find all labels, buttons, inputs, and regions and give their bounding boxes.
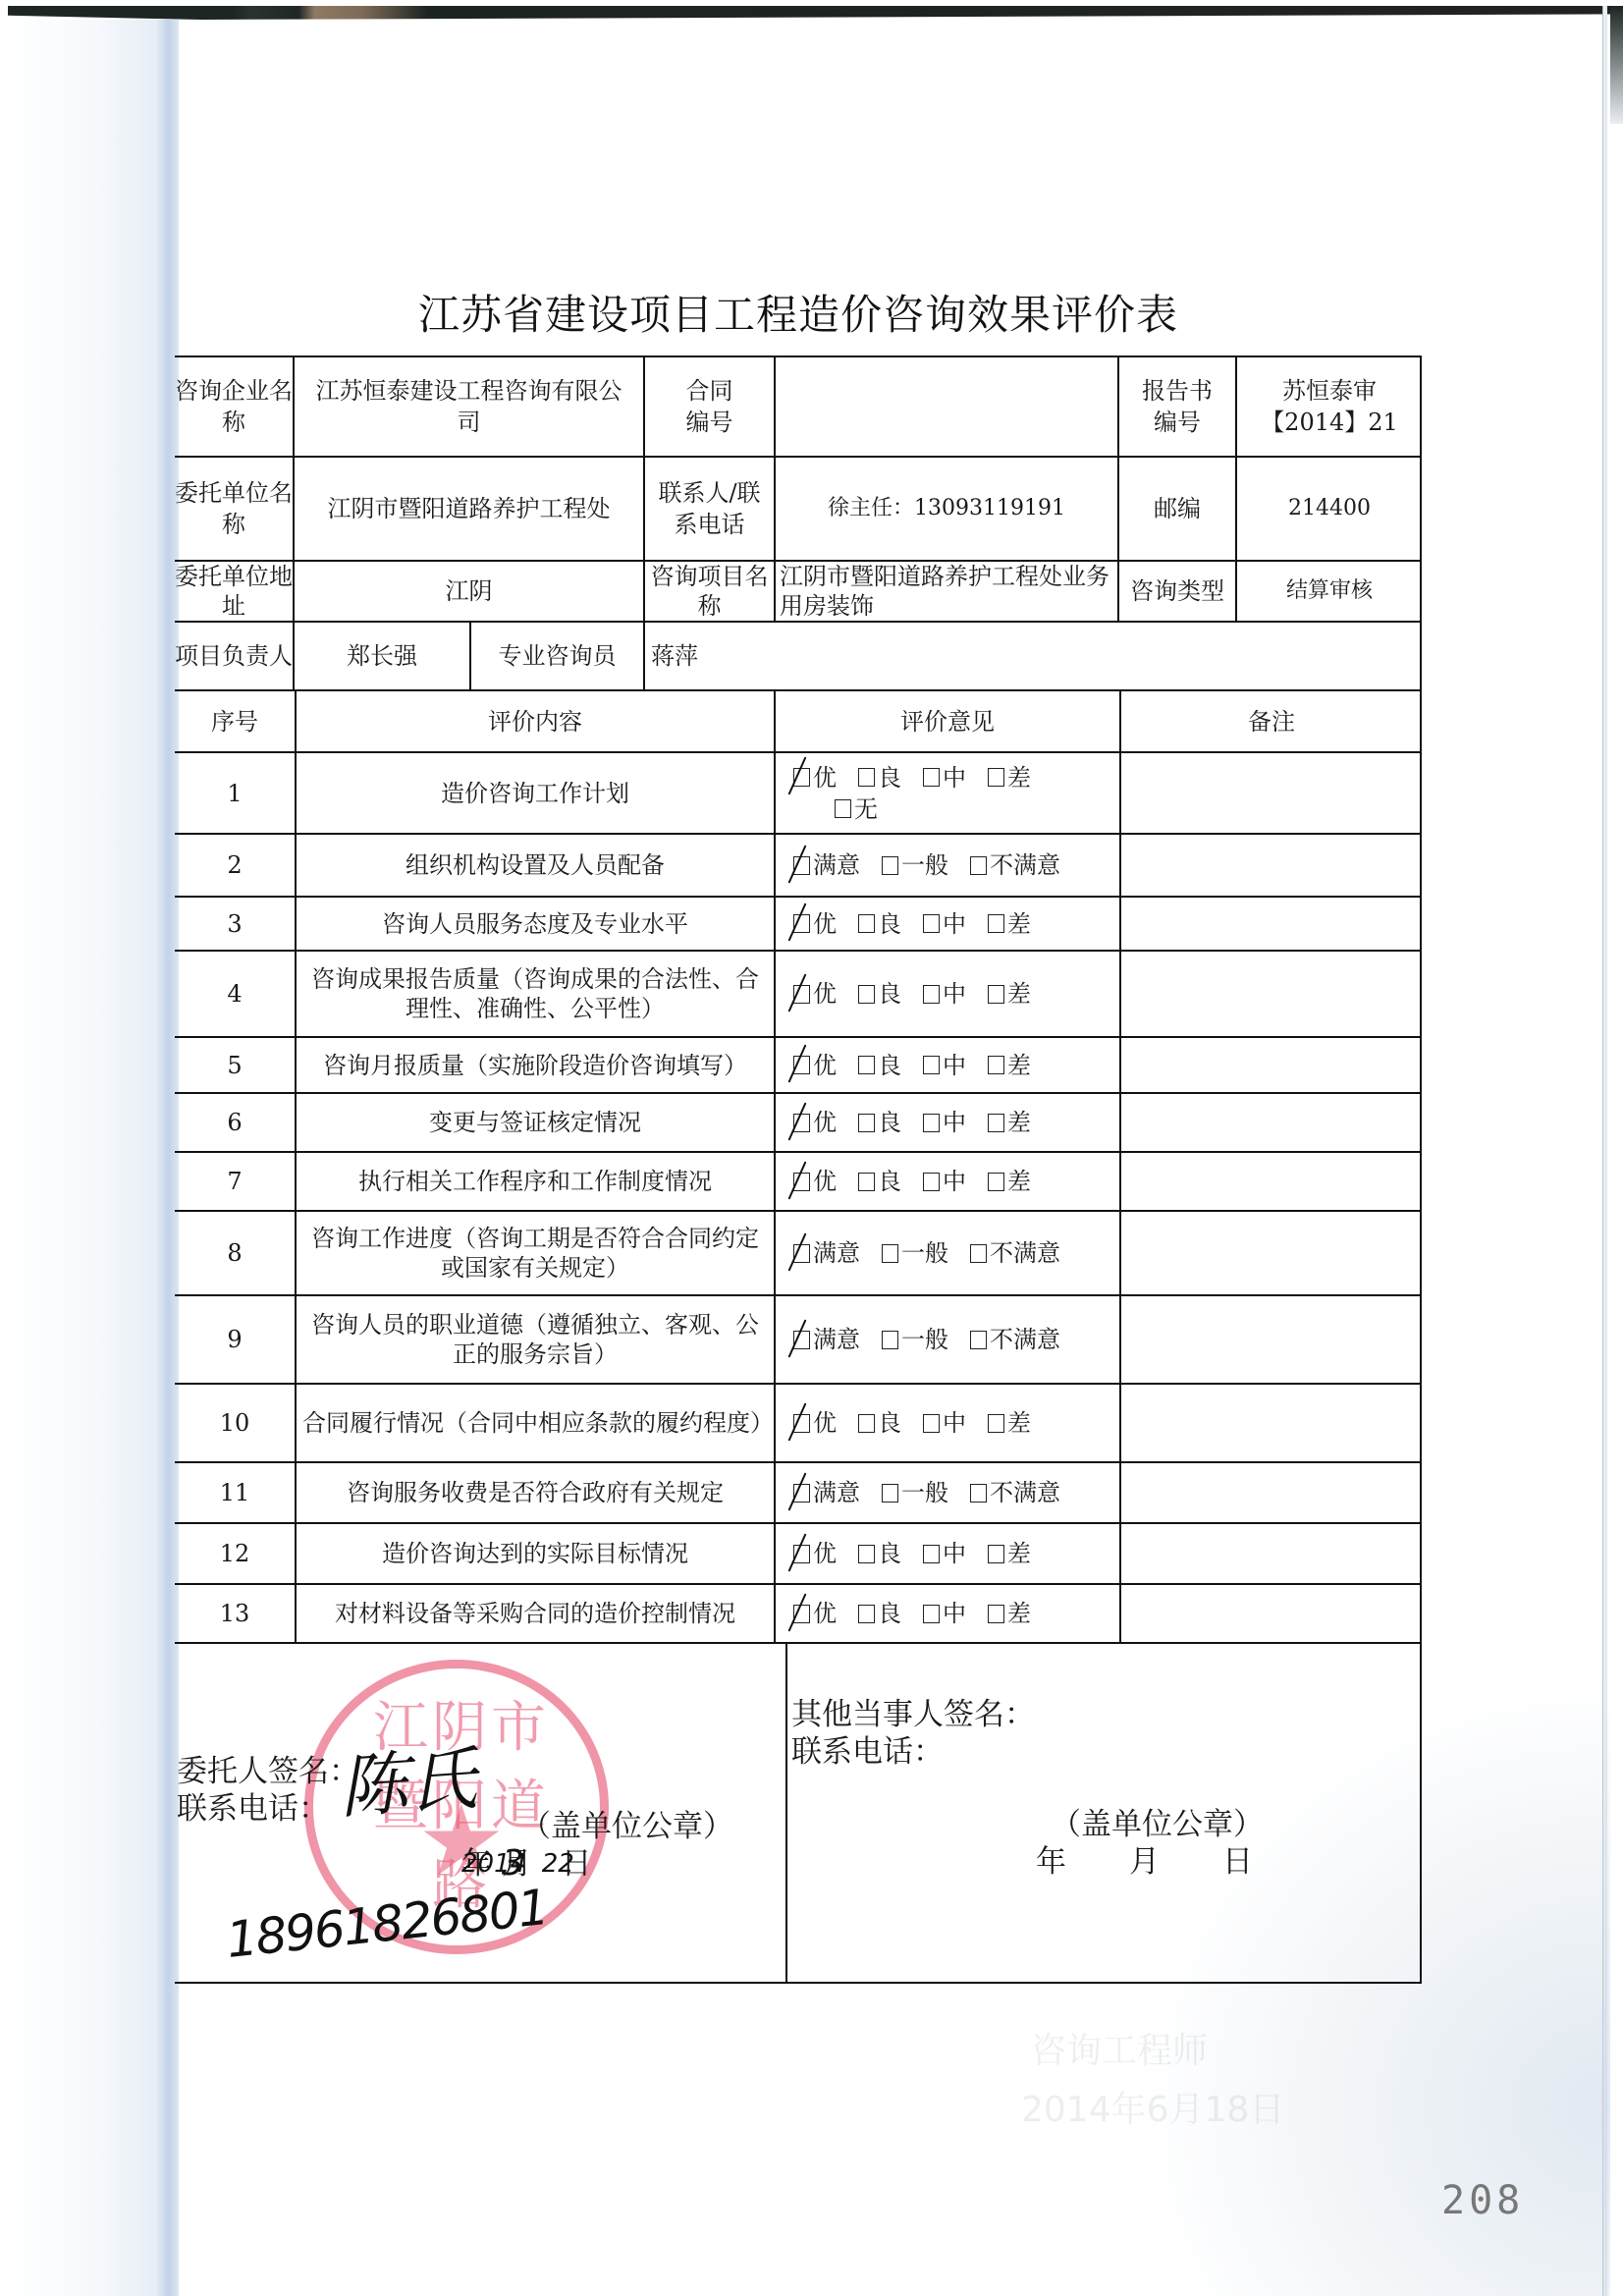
rating-option-label: 一般 (901, 1324, 948, 1355)
rating-option[interactable]: 中 (923, 978, 966, 1010)
rating-option[interactable]: 差 (988, 978, 1031, 1010)
rating-option[interactable]: 满意 (793, 849, 860, 881)
rating-options: 优良中差 (776, 1107, 1031, 1138)
report-no-value: 苏恒泰审【2014】21 (1237, 357, 1422, 456)
rating-option[interactable]: 差 (988, 908, 1031, 940)
consultant-label: 专业咨询员 (471, 623, 643, 689)
client-address-label: 委托单位地址 (175, 562, 293, 621)
rating-options: 优良中差 (776, 1407, 1031, 1439)
rating-option[interactable]: 无 (835, 793, 878, 825)
row-remark (1121, 1038, 1422, 1092)
rating-option-label: 良 (878, 1107, 901, 1138)
rating-option-label: 差 (1007, 1107, 1031, 1138)
rating-option-label: 优 (813, 978, 837, 1010)
rating-option-label: 良 (878, 1050, 901, 1081)
checkbox-icon[interactable] (923, 1414, 940, 1433)
rating-options: 优良中差 (776, 1598, 1031, 1629)
row-opinion: 满意一般不满意 (776, 1296, 1119, 1383)
rating-option[interactable]: 一般 (882, 1477, 948, 1508)
row-opinion: 满意一般不满意 (776, 1212, 1119, 1294)
row-number: 8 (175, 1212, 295, 1294)
client-sign-label: 委托人签名： (177, 1752, 359, 1791)
checkbox-icon[interactable] (858, 1173, 875, 1191)
rating-options: 优良中差 (776, 1050, 1031, 1081)
rating-option[interactable]: 良 (858, 1166, 901, 1197)
checkbox-icon[interactable] (970, 1484, 987, 1503)
rating-option-label: 差 (1007, 1407, 1031, 1439)
rating-option-label: 良 (878, 1538, 901, 1569)
row-number: 5 (175, 1038, 295, 1092)
rating-option-label: 中 (943, 1407, 966, 1439)
binding-margin (0, 20, 173, 2296)
col-header-content: 评价内容 (297, 691, 774, 751)
bleed-through-text: 2014年6月18日 (1021, 2082, 1284, 2132)
rating-option-label: 良 (878, 762, 901, 793)
row-content: 咨询人员的职业道德（遵循独立、客观、公正的服务宗旨） (297, 1296, 774, 1383)
checked-checkbox-icon[interactable] (793, 1056, 810, 1074)
row-content: 咨询月报质量（实施阶段造价咨询填写） (297, 1038, 774, 1092)
other-seal-note: （盖单位公章） (1051, 1805, 1264, 1844)
row-remark (1121, 1296, 1422, 1383)
client-date-month: 3 (502, 1844, 524, 1884)
postcode-value: 214400 (1237, 458, 1422, 560)
checkbox-icon[interactable] (882, 1244, 898, 1263)
rating-options: 优良中差 (776, 1166, 1031, 1197)
rating-option-label: 优 (813, 908, 837, 940)
checked-checkbox-icon[interactable] (793, 1545, 810, 1563)
rating-option[interactable]: 中 (923, 1598, 966, 1629)
checkbox-icon[interactable] (858, 914, 875, 933)
rating-option[interactable]: 差 (988, 762, 1031, 793)
rating-option[interactable]: 优 (793, 908, 837, 940)
report-no-label: 报告书编号 (1119, 357, 1235, 456)
month-label: 月 (1129, 1844, 1160, 1880)
rating-option-label: 差 (1007, 908, 1031, 940)
other-date: 年月日 (1036, 1842, 1253, 1882)
page-right-edge (1602, 6, 1607, 2296)
row-opinion: 优良中差 (776, 1153, 1119, 1210)
rating-option[interactable]: 中 (923, 762, 966, 793)
row-opinion: 优良中差 (776, 952, 1119, 1036)
row-content: 造价咨询达到的实际目标情况 (297, 1524, 774, 1583)
row-number: 1 (175, 753, 295, 833)
rating-option-label: 不满意 (990, 1324, 1060, 1355)
checkbox-icon[interactable] (858, 985, 875, 1004)
checked-checkbox-icon[interactable] (793, 1605, 810, 1623)
rating-option-label: 优 (813, 1050, 837, 1081)
checkbox-icon[interactable] (923, 1056, 940, 1074)
rating-options: 优良中差 (776, 908, 1031, 940)
document-title: 江苏省建设项目工程造价咨询效果评价表 (175, 283, 1422, 342)
checked-checkbox-icon[interactable] (793, 1114, 810, 1132)
project-lead-value: 郑长强 (295, 623, 469, 689)
rating-option-label: 差 (1007, 1166, 1031, 1197)
client-value: 江阴市暨阳道路养护工程处 (295, 458, 643, 560)
col-header-remark: 备注 (1121, 691, 1422, 751)
client-date-day: 22 (542, 1844, 574, 1884)
client-date: 2014年 3月 22 日 (461, 1844, 591, 1884)
row-number: 11 (175, 1463, 295, 1522)
rating-option-label: 满意 (813, 1477, 860, 1508)
row-number: 3 (175, 898, 295, 950)
rating-option[interactable]: 优 (793, 762, 837, 793)
row-remark (1121, 952, 1422, 1036)
row-remark (1121, 1094, 1422, 1151)
row-number: 9 (175, 1296, 295, 1383)
client-seal-note: （盖单位公章） (520, 1807, 733, 1846)
checked-checkbox-icon[interactable] (793, 768, 810, 787)
consulting-company-value: 江苏恒泰建设工程咨询有限公司 (295, 357, 643, 456)
contact-label: 联系人/联系电话 (645, 458, 774, 560)
project-name-value: 江阴市暨阳道路养护工程处业务用房装饰 (776, 562, 1117, 621)
rating-option-label: 一般 (901, 849, 948, 881)
rating-option-label: 优 (813, 1407, 837, 1439)
rating-option-label: 中 (943, 1050, 966, 1081)
project-lead-label: 项目负责人 (175, 623, 293, 689)
page-number: 208 (1441, 2178, 1524, 2223)
rating-option[interactable]: 不满意 (970, 1237, 1060, 1269)
rating-option[interactable]: 良 (858, 1538, 901, 1569)
rating-option-label: 中 (943, 1166, 966, 1197)
checked-checkbox-icon[interactable] (793, 1173, 810, 1191)
checkbox-icon[interactable] (923, 768, 940, 787)
rating-option[interactable]: 差 (988, 1598, 1031, 1629)
rating-option-label: 一般 (901, 1477, 948, 1508)
checkbox-icon[interactable] (988, 914, 1004, 933)
postcode-label: 邮编 (1119, 458, 1235, 560)
checkbox-icon[interactable] (988, 1173, 1004, 1191)
rating-option[interactable]: 良 (858, 978, 901, 1010)
rating-option-label: 差 (1007, 1538, 1031, 1569)
rating-option[interactable]: 满意 (793, 1477, 860, 1508)
rating-option-label: 差 (1007, 978, 1031, 1010)
row-opinion: 优良中差 (776, 1385, 1119, 1461)
scanner-top-edge (8, 6, 1623, 20)
rating-option[interactable]: 差 (988, 1107, 1031, 1138)
rating-option-label: 良 (878, 1166, 901, 1197)
row-opinion: 优良中差 (776, 898, 1119, 950)
rating-option[interactable]: 中 (923, 1050, 966, 1081)
rating-option[interactable]: 优 (793, 1166, 837, 1197)
rating-option-label: 满意 (813, 1237, 860, 1269)
contract-no-label: 合同编号 (645, 357, 774, 456)
row-content: 变更与签证核定情况 (297, 1094, 774, 1151)
rating-option[interactable]: 优 (793, 1598, 837, 1629)
rating-options: 满意一般不满意 (776, 1237, 1060, 1269)
row-remark (1121, 753, 1422, 833)
checked-checkbox-icon[interactable] (793, 1484, 810, 1503)
rating-option[interactable]: 差 (988, 1407, 1031, 1439)
client-label: 委托单位名称 (175, 458, 293, 560)
row-opinion: 优良中差 (776, 1094, 1119, 1151)
rating-option[interactable]: 优 (793, 1050, 837, 1081)
rating-option-label: 满意 (813, 849, 860, 881)
rating-option[interactable]: 差 (988, 1166, 1031, 1197)
row-opinion: 优良中差无 (776, 753, 1119, 833)
rating-option-label: 一般 (901, 1237, 948, 1269)
checkbox-icon[interactable] (923, 1545, 940, 1563)
rating-option[interactable]: 一般 (882, 1237, 948, 1269)
rating-option[interactable]: 优 (793, 1538, 837, 1569)
rating-option[interactable]: 中 (923, 1166, 966, 1197)
checkbox-icon[interactable] (988, 1545, 1004, 1563)
rating-option-label: 优 (813, 1538, 837, 1569)
rating-options: 满意一般不满意 (776, 1477, 1060, 1508)
checkbox-icon[interactable] (988, 1414, 1004, 1433)
rating-option-label: 良 (878, 908, 901, 940)
checkbox-icon[interactable] (988, 1056, 1004, 1074)
checkbox-icon[interactable] (988, 768, 1004, 787)
rating-option-label: 差 (1007, 1598, 1031, 1629)
rating-option[interactable]: 优 (793, 1107, 837, 1138)
rating-option-label: 优 (813, 1598, 837, 1629)
rating-option-label: 中 (943, 1538, 966, 1569)
row-content: 咨询服务收费是否符合政府有关规定 (297, 1463, 774, 1522)
rating-option[interactable]: 良 (858, 1107, 901, 1138)
client-phone-label: 联系电话： (177, 1789, 329, 1829)
rating-option[interactable]: 中 (923, 1107, 966, 1138)
checkbox-icon[interactable] (970, 1331, 987, 1349)
rating-options: 优良中差 (776, 1538, 1031, 1569)
rating-option[interactable]: 中 (923, 1538, 966, 1569)
checked-checkbox-icon[interactable] (793, 1244, 810, 1263)
rating-option-label: 不满意 (990, 849, 1060, 881)
rating-option[interactable]: 良 (858, 762, 901, 793)
rating-options: 满意一般不满意 (776, 849, 1060, 881)
day-label: 日 (1222, 1844, 1253, 1880)
row-opinion: 优良中差 (776, 1524, 1119, 1583)
rating-options: 满意一般不满意 (776, 1324, 1060, 1355)
rating-option[interactable]: 不满意 (970, 1324, 1060, 1355)
rating-option[interactable]: 满意 (793, 1324, 860, 1355)
checked-checkbox-icon[interactable] (793, 856, 810, 875)
consultant-value: 蒋萍 (645, 623, 1422, 689)
rating-options: 优良中差无 (776, 762, 1088, 825)
rating-option-label: 良 (878, 1598, 901, 1629)
handwritten-signature: 陈氏 (336, 1723, 480, 1832)
checkbox-icon[interactable] (858, 1056, 875, 1074)
rating-option-label: 中 (943, 762, 966, 793)
checkbox-icon[interactable] (858, 1545, 875, 1563)
rating-option[interactable]: 不满意 (970, 1477, 1060, 1508)
row-number: 2 (175, 835, 295, 896)
rating-option-label: 无 (854, 793, 878, 825)
checkbox-icon[interactable] (923, 985, 940, 1004)
rating-option[interactable]: 优 (793, 978, 837, 1010)
row-number: 13 (175, 1585, 295, 1642)
rating-option-label: 优 (813, 1107, 837, 1138)
checkbox-icon[interactable] (923, 1173, 940, 1191)
checked-checkbox-icon[interactable] (793, 1331, 810, 1349)
row-number: 7 (175, 1153, 295, 1210)
row-content: 对材料设备等采购合同的造价控制情况 (297, 1585, 774, 1642)
rating-option[interactable]: 良 (858, 1598, 901, 1629)
rating-options: 优良中差 (776, 978, 1031, 1010)
row-remark (1121, 1524, 1422, 1583)
row-content: 咨询工作进度（咨询工期是否符合合同约定或国家有关规定） (297, 1212, 774, 1294)
row-opinion: 满意一般不满意 (776, 835, 1119, 896)
client-address-value: 江阴 (295, 562, 643, 621)
row-opinion: 满意一般不满意 (776, 1463, 1119, 1522)
row-content: 合同履行情况（合同中相应条款的履约程度） (297, 1385, 774, 1461)
consult-type-value: 结算审核 (1237, 562, 1422, 621)
checkbox-icon[interactable] (970, 856, 987, 875)
checkbox-icon[interactable] (882, 1331, 898, 1349)
col-header-opinion: 评价意见 (776, 691, 1119, 751)
rating-option[interactable]: 满意 (793, 1237, 860, 1269)
row-content: 造价咨询工作计划 (297, 753, 774, 833)
checked-checkbox-icon[interactable] (793, 914, 810, 933)
rating-option[interactable]: 一般 (882, 1324, 948, 1355)
checkbox-icon[interactable] (858, 1414, 875, 1433)
rating-option-label: 中 (943, 978, 966, 1010)
rating-option[interactable]: 一般 (882, 849, 948, 881)
col-header-seq: 序号 (175, 691, 295, 751)
contract-no-value (776, 357, 1117, 456)
row-remark (1121, 1385, 1422, 1461)
row-remark (1121, 898, 1422, 950)
checkbox-icon[interactable] (988, 985, 1004, 1004)
rating-option-label: 不满意 (990, 1477, 1060, 1508)
row-remark (1121, 835, 1422, 896)
checkbox-icon[interactable] (988, 1605, 1004, 1623)
consulting-company-label: 咨询企业名称 (175, 357, 293, 456)
checkbox-icon[interactable] (923, 914, 940, 933)
row-content: 组织机构设置及人员配备 (297, 835, 774, 896)
row-content: 咨询人员服务态度及专业水平 (297, 898, 774, 950)
contact-value: 徐主任：13093119191 (776, 458, 1117, 560)
rating-option-label: 差 (1007, 1050, 1031, 1081)
checkbox-icon[interactable] (923, 1114, 940, 1132)
rating-option[interactable]: 中 (923, 1407, 966, 1439)
consult-type-label: 咨询类型 (1119, 562, 1235, 621)
row-content: 咨询成果报告质量（咨询成果的合法性、合理性、准确性、公平性） (297, 952, 774, 1036)
checkbox-icon[interactable] (858, 1114, 875, 1132)
row-opinion: 优良中差 (776, 1585, 1119, 1642)
rating-option-label: 差 (1007, 762, 1031, 793)
project-name-label: 咨询项目名称 (645, 562, 774, 621)
checkbox-icon[interactable] (858, 1605, 875, 1623)
bleed-through-text: 咨询工程师 (1031, 2023, 1208, 2073)
rating-option[interactable]: 不满意 (970, 849, 1060, 881)
rating-option[interactable]: 差 (988, 1538, 1031, 1569)
row-number: 6 (175, 1094, 295, 1151)
page-corner-shadow (1610, 6, 1623, 124)
row-remark (1121, 1585, 1422, 1642)
rating-option-label: 优 (813, 1166, 837, 1197)
row-number: 4 (175, 952, 295, 1036)
checked-checkbox-icon[interactable] (793, 985, 810, 1004)
row-remark (1121, 1212, 1422, 1294)
rating-option[interactable]: 良 (858, 1050, 901, 1081)
year-label: 年 (1036, 1844, 1066, 1880)
rating-option-label: 中 (943, 908, 966, 940)
row-remark (1121, 1463, 1422, 1522)
rating-option-label: 中 (943, 1107, 966, 1138)
row-number: 10 (175, 1385, 295, 1461)
checkbox-icon[interactable] (970, 1244, 987, 1263)
rating-option[interactable]: 良 (858, 1407, 901, 1439)
rating-option[interactable]: 优 (793, 1407, 837, 1439)
checkbox-icon[interactable] (923, 1605, 940, 1623)
other-phone-label: 联系电话： (791, 1732, 944, 1772)
row-remark (1121, 1153, 1422, 1210)
row-number: 12 (175, 1524, 295, 1583)
rating-option-label: 良 (878, 1407, 901, 1439)
rating-option-label: 中 (943, 1598, 966, 1629)
rating-option-label: 满意 (813, 1324, 860, 1355)
checkbox-icon[interactable] (988, 1114, 1004, 1132)
rating-option-label: 优 (813, 762, 837, 793)
checkbox-icon[interactable] (882, 1484, 898, 1503)
checkbox-icon[interactable] (882, 856, 898, 875)
other-sign-label: 其他当事人签名： (791, 1695, 1035, 1734)
rating-option-label: 良 (878, 978, 901, 1010)
rating-option[interactable]: 差 (988, 1050, 1031, 1081)
rating-option-label: 不满意 (990, 1237, 1060, 1269)
checkbox-icon[interactable] (858, 768, 875, 787)
rating-option[interactable]: 中 (923, 908, 966, 940)
row-opinion: 优良中差 (776, 1038, 1119, 1092)
checkbox-icon[interactable] (835, 799, 851, 818)
row-content: 执行相关工作程序和工作制度情况 (297, 1153, 774, 1210)
rating-option[interactable]: 良 (858, 908, 901, 940)
checked-checkbox-icon[interactable] (793, 1414, 810, 1433)
